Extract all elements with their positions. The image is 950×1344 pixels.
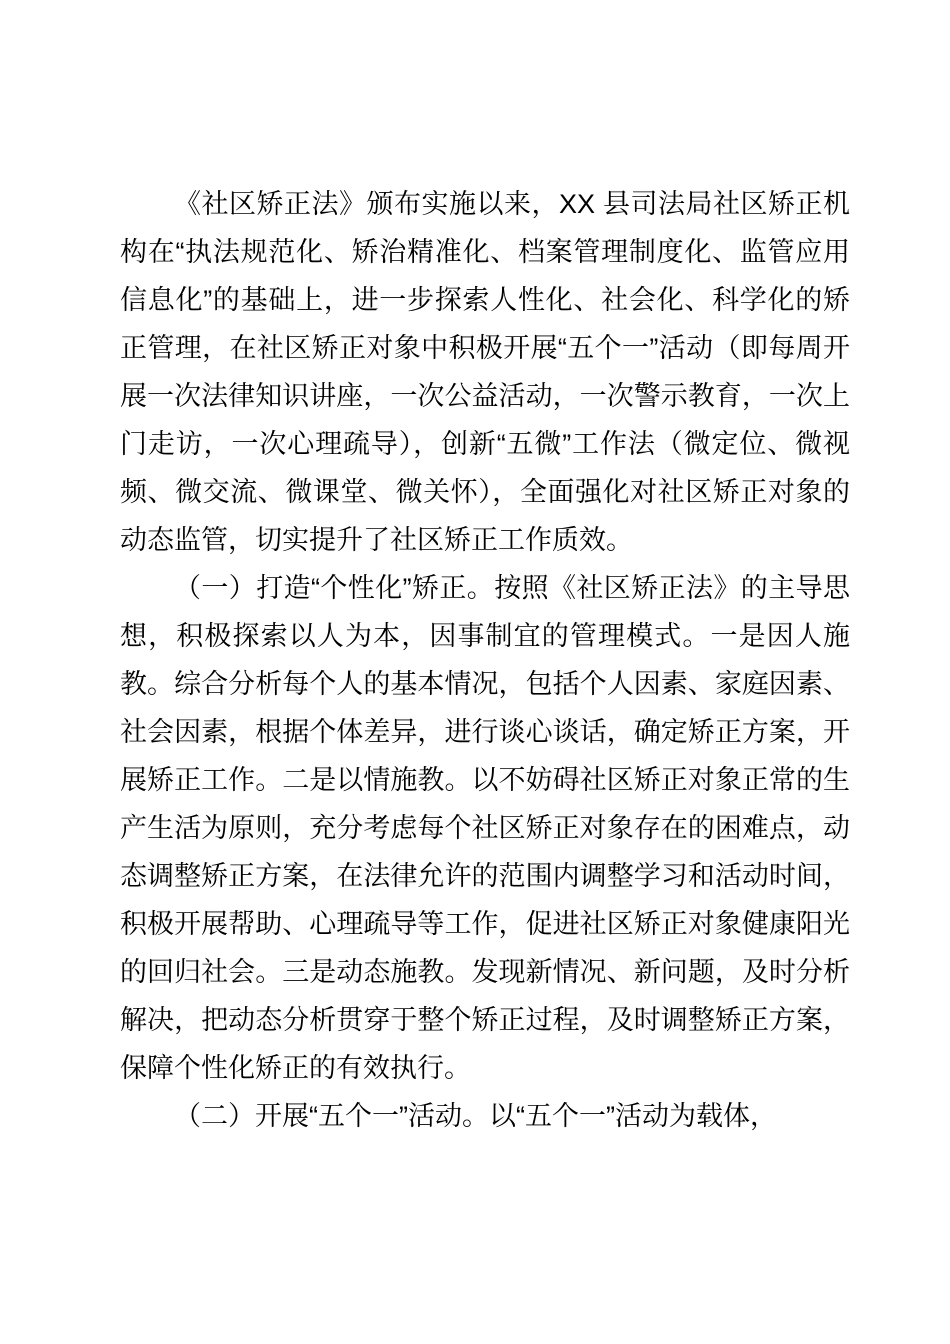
document-body: 《社区矫正法》颁布实施以来，XX 县司法局社区矫正机构在“执法规范化、矫治精准化… <box>120 180 850 1140</box>
document-page: 《社区矫正法》颁布实施以来，XX 县司法局社区矫正机构在“执法规范化、矫治精准化… <box>0 0 950 1344</box>
paragraph: （二）开展“五个一”活动。以“五个一”活动为载体， <box>120 1092 850 1140</box>
paragraph: （一）打造“个性化”矫正。按照《社区矫正法》的主导思想，积极探索以人为本，因事制… <box>120 564 850 1092</box>
paragraph: 《社区矫正法》颁布实施以来，XX 县司法局社区矫正机构在“执法规范化、矫治精准化… <box>120 180 850 564</box>
